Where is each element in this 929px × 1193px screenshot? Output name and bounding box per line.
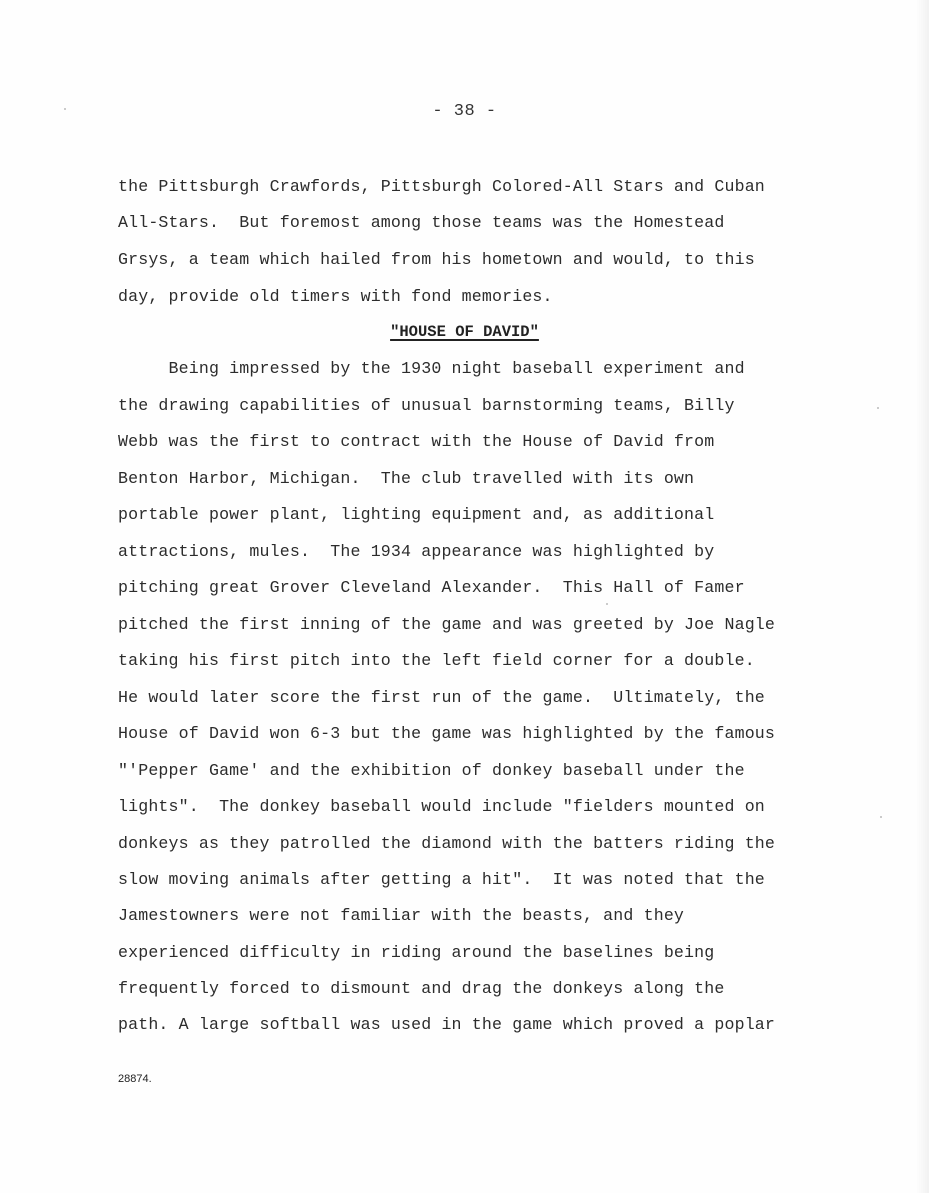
section-heading-text: "HOUSE OF DAVID" (390, 323, 539, 341)
paragraph-line: frequently forced to dismount and drag t… (118, 979, 724, 998)
document-page: - 38 - the Pittsburgh Crawfords, Pittsbu… (0, 0, 929, 1193)
page-number: - 38 - (0, 102, 929, 121)
paragraph-line: donkeys as they patrolled the diamond wi… (118, 834, 775, 853)
paragraph-line: Benton Harbor, Michigan. The club travel… (118, 469, 694, 488)
paragraph-line: lights". The donkey baseball would inclu… (118, 797, 765, 816)
paragraph-line: attractions, mules. The 1934 appearance … (118, 542, 714, 561)
paragraph-line: path. A large softball was used in the g… (118, 1015, 775, 1034)
paragraph-line: taking his first pitch into the left fie… (118, 651, 755, 670)
scan-speck (877, 407, 879, 409)
text-line: All-Stars. But foremost among those team… (118, 213, 724, 232)
paragraph-line: pitching great Grover Cleveland Alexande… (118, 578, 745, 597)
paragraph-line: pitched the first inning of the game and… (118, 615, 775, 634)
text-line: Grsys, a team which hailed from his home… (118, 250, 755, 269)
paragraph-line: Being impressed by the 1930 night baseba… (118, 359, 745, 378)
scan-edge (915, 0, 929, 1193)
paragraph-line: Jamestowners were not familiar with the … (118, 906, 684, 925)
scan-speck (606, 603, 608, 605)
paragraph-line: portable power plant, lighting equipment… (118, 505, 714, 524)
paragraph-line: experienced difficulty in riding around … (118, 943, 714, 962)
text-line: the Pittsburgh Crawfords, Pittsburgh Col… (118, 177, 765, 196)
paragraph-line: the drawing capabilities of unusual barn… (118, 396, 735, 415)
text-line: day, provide old timers with fond memori… (118, 287, 553, 306)
scan-speck (64, 108, 66, 110)
paragraph-line: He would later score the first run of th… (118, 688, 765, 707)
paragraph-line: "'Pepper Game' and the exhibition of don… (118, 761, 745, 780)
paragraph-line: Webb was the first to contract with the … (118, 432, 714, 451)
document-code: 28874. (118, 1073, 152, 1085)
scan-speck (880, 816, 882, 818)
section-heading: "HOUSE OF DAVID" (0, 323, 929, 341)
paragraph-line: slow moving animals after getting a hit"… (118, 870, 765, 889)
paragraph-line: House of David won 6-3 but the game was … (118, 724, 775, 743)
